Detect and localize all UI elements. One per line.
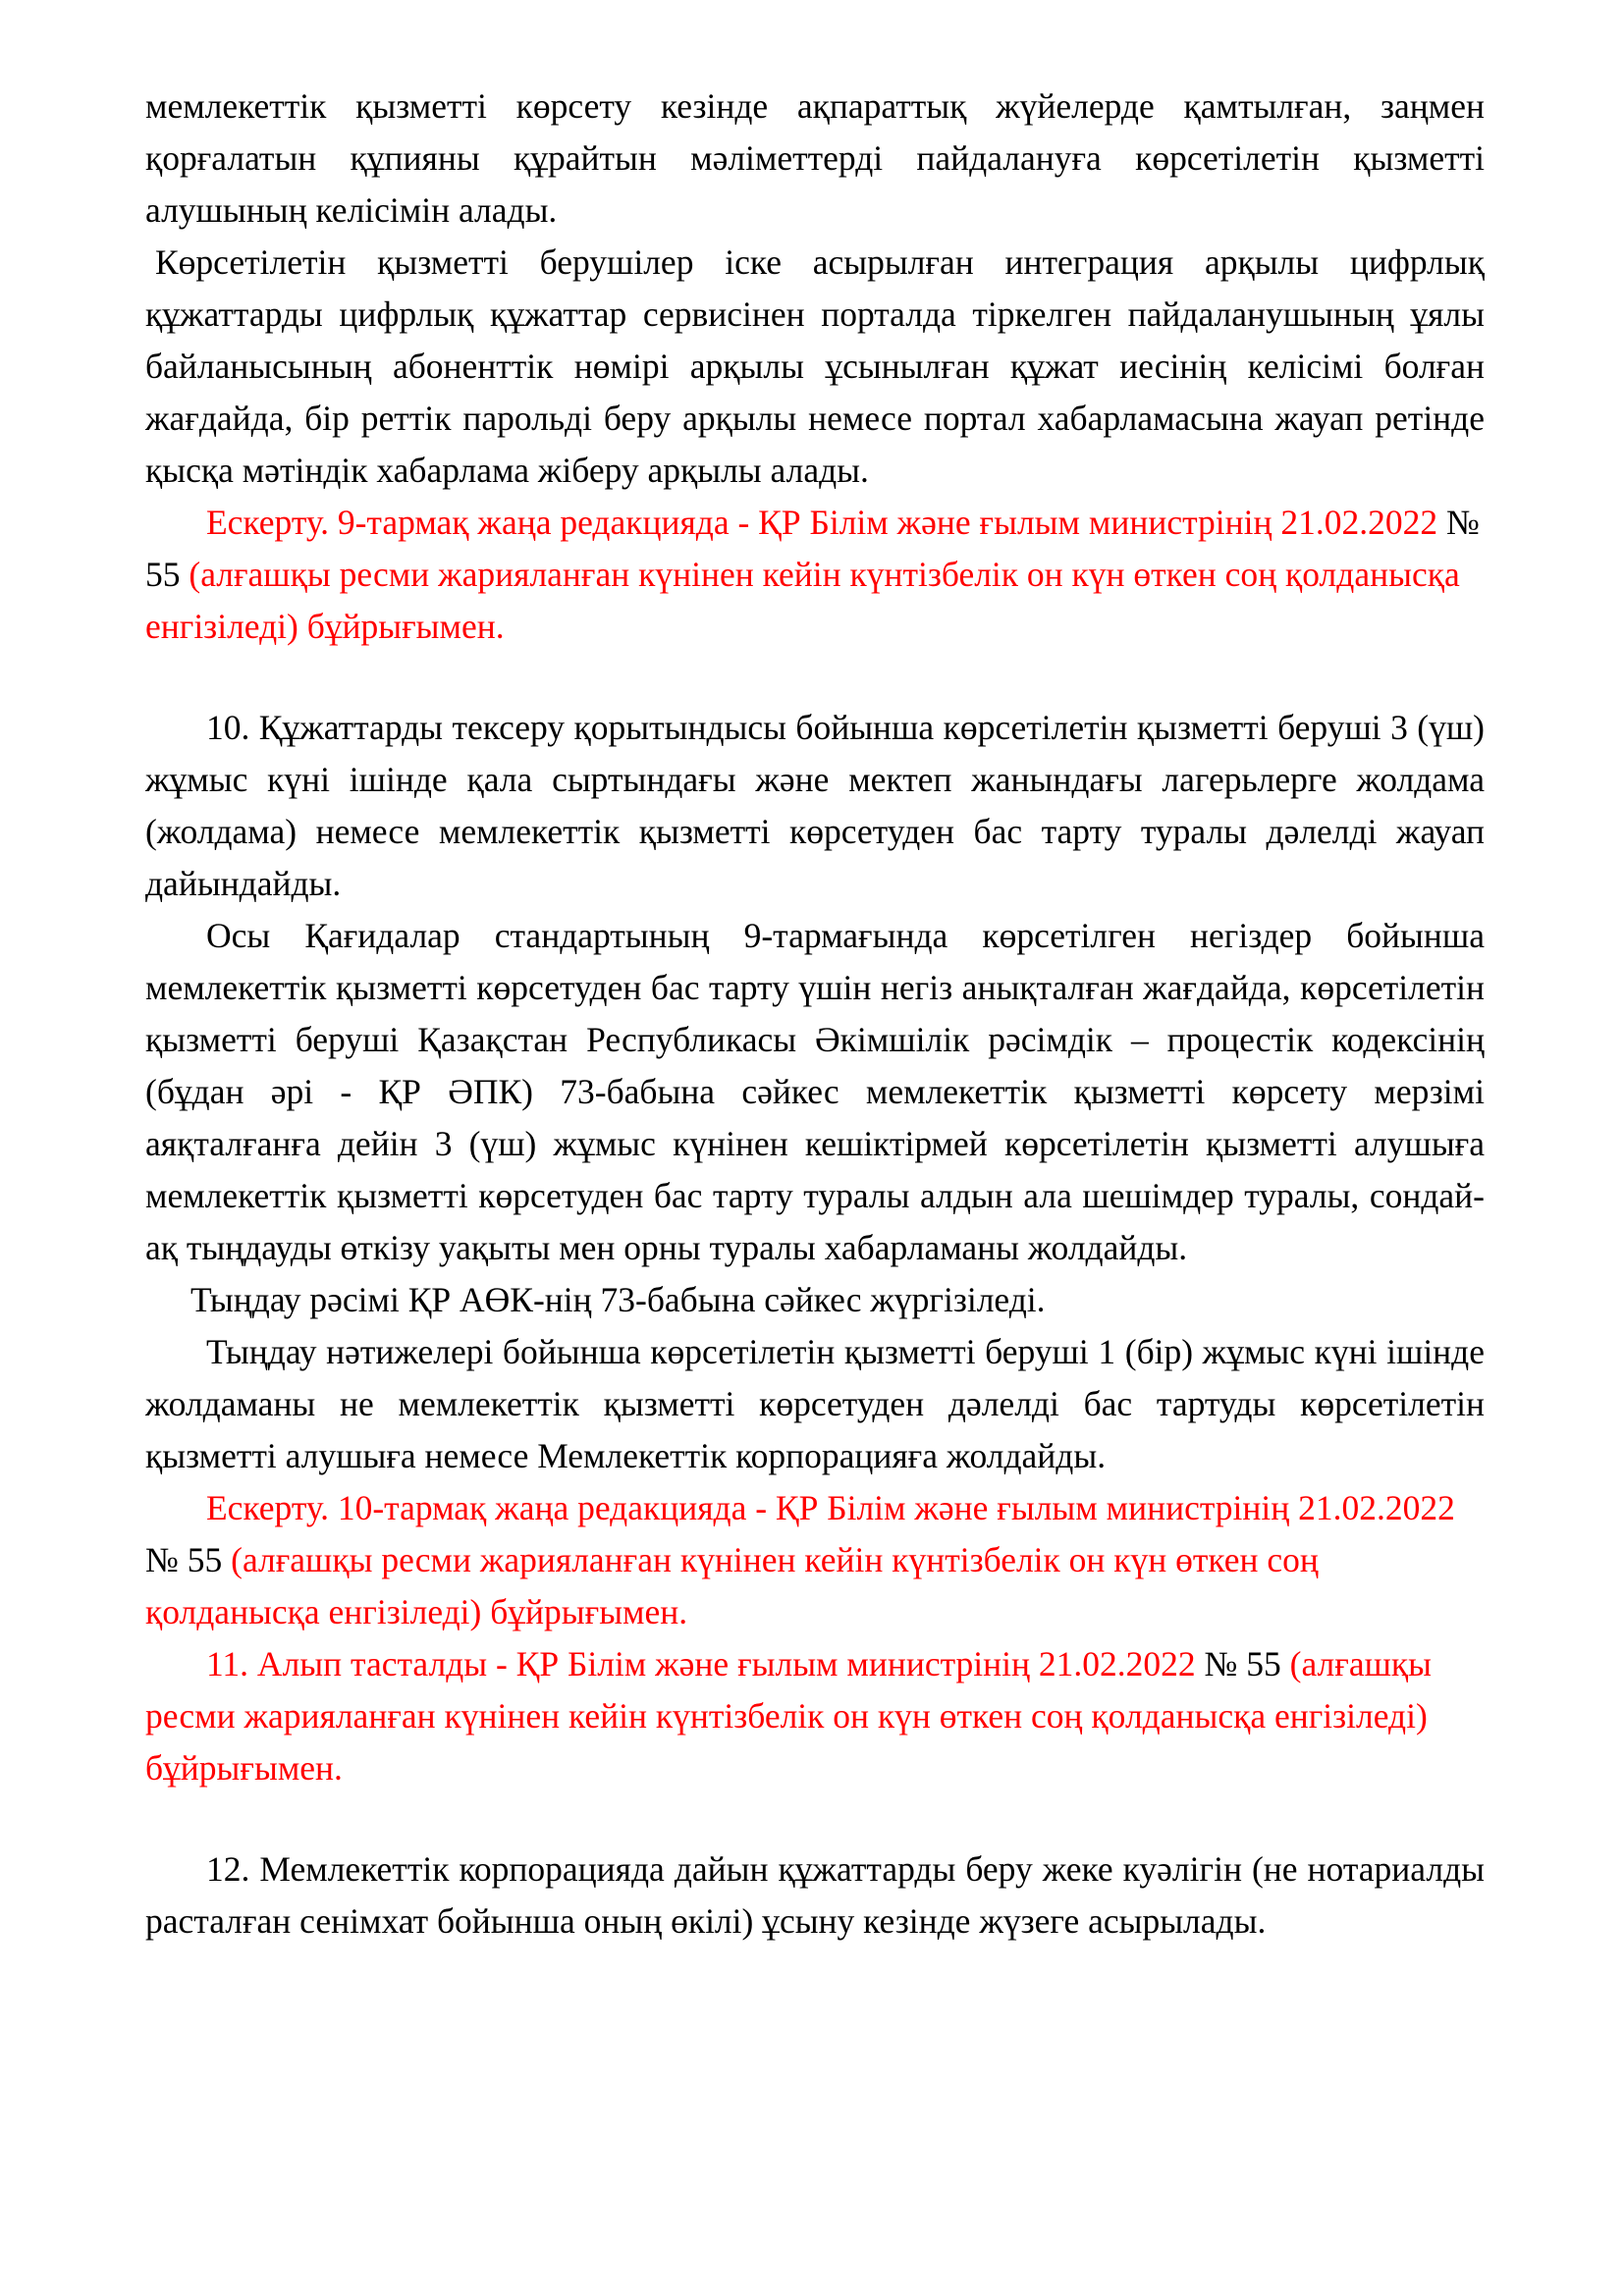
paragraph-10: 10. Құжаттарды тексеру қорытындысы бойын… [145, 702, 1485, 910]
paragraph-12: 12. Мемлекеттік корпорацияда дайын құжат… [145, 1843, 1485, 1948]
note-11-order-number: № 55 [1205, 1644, 1281, 1683]
document-page: мемлекеттік қызметті көрсету кезінде ақп… [145, 80, 1485, 1948]
paragraph-9-continuation: мемлекеттік қызметті көрсету кезінде ақп… [145, 80, 1485, 237]
note-10-suffix: (алғашқы ресми жарияланған күнінен кейін… [145, 1540, 1319, 1631]
amendment-note-11: 11. Алып тасталды - ҚР Білім және ғылым … [145, 1638, 1485, 1794]
note-10-order-number: № 55 [145, 1540, 222, 1579]
amendment-note-10: Ескерту. 10-тармақ жаңа редакцияда - ҚР … [145, 1482, 1485, 1638]
note-10-prefix: Ескерту. 10-тармақ жаңа редакцияда - ҚР … [206, 1488, 1455, 1527]
paragraph-9-digital-documents: Көрсетілетін қызметті берушілер іске асы… [145, 237, 1485, 497]
paragraph-9-digital-text: Көрсетілетін қызметті берушілер іске асы… [145, 242, 1485, 490]
note-11-prefix: 11. Алып тасталды - ҚР Білім және ғылым … [206, 1644, 1196, 1683]
amendment-note-9: Ескерту. 9-тармақ жаңа редакцияда - ҚР Б… [145, 497, 1485, 653]
note-9-suffix: (алғашқы ресми жарияланған күнінен кейін… [145, 555, 1460, 646]
paragraph-10-hearing: Тыңдау рәсімі ҚР АӨК-нің 73-бабына сәйке… [145, 1274, 1485, 1326]
paragraph-10-refusal: Осы Қағидалар стандартының 9-тармағында … [145, 910, 1485, 1274]
spacer [145, 1794, 1485, 1843]
spacer [145, 653, 1485, 702]
note-9-prefix: Ескерту. 9-тармақ жаңа редакцияда - ҚР Б… [206, 503, 1437, 542]
paragraph-10-result: Тыңдау нәтижелері бойынша көрсетілетін қ… [145, 1326, 1485, 1482]
